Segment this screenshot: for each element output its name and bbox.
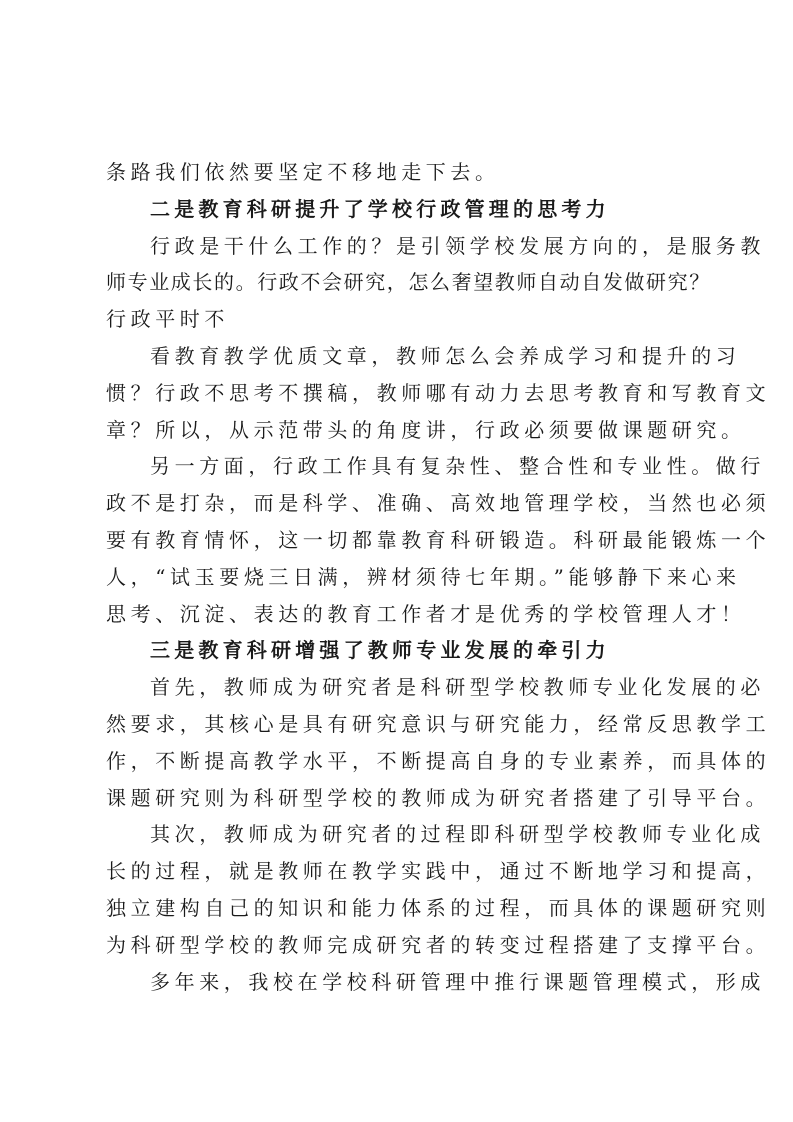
text-line: 师专业成长的。行政不会研究，怎么奢望教师自动自发做研究？	[106, 264, 690, 301]
text-line: 为科研型学校的教师完成研究者的转变过程搭建了支撑平台。	[106, 927, 690, 964]
text-line: 要有教育情怀，这一切都靠教育科研锻造。科研最能锻炼一个	[106, 522, 690, 559]
text-line: 独立建构自己的知识和能力体系的过程，而具体的课题研究则	[106, 890, 690, 927]
text-line: 条路我们依然要坚定不移地走下去。	[106, 154, 690, 191]
text-line: 看教育教学优质文章，教师怎么会养成学习和提升的习	[106, 338, 690, 375]
text-line: 人，“试玉要烧三日满，辨材须待七年期。”能够静下来心来	[106, 559, 690, 596]
text-line: 行政平时不	[106, 301, 690, 338]
text-line: 然要求，其核心是具有研究意识与研究能力，经常反思教学工	[106, 706, 690, 743]
text-line: 章？所以，从示范带头的角度讲，行政必须要做课题研究。	[106, 412, 690, 449]
section-heading-3: 三是教育科研增强了教师专业发展的牵引力	[106, 632, 690, 669]
document-page: 条路我们依然要坚定不移地走下去。 二是教育科研提升了学校行政管理的思考力 行政是…	[106, 154, 690, 1000]
text-line: 政不是打杂，而是科学、准确、高效地管理学校，当然也必须	[106, 485, 690, 522]
text-line: 思考、沉淀、表达的教育工作者才是优秀的学校管理人才！	[106, 596, 690, 633]
text-line: 其次，教师成为研究者的过程即科研型学校教师专业化成	[106, 816, 690, 853]
text-line: 作，不断提高教学水平，不断提高自身的专业素养，而具体的	[106, 743, 690, 780]
text-line: 另一方面，行政工作具有复杂性、整合性和专业性。做行	[106, 448, 690, 485]
section-heading-2: 二是教育科研提升了学校行政管理的思考力	[106, 191, 690, 228]
text-line: 课题研究则为科研型学校的教师成为研究者搭建了引导平台。	[106, 780, 690, 817]
text-line: 首先，教师成为研究者是科研型学校教师专业化发展的必	[106, 669, 690, 706]
text-line: 行政是干什么工作的？是引领学校发展方向的，是服务教	[106, 228, 690, 265]
text-line: 多年来，我校在学校科研管理中推行课题管理模式，形成	[106, 964, 690, 1001]
text-line: 惯？行政不思考不撰稿，教师哪有动力去思考教育和写教育文	[106, 375, 690, 412]
text-line: 长的过程，就是教师在教学实践中，通过不断地学习和提高，	[106, 853, 690, 890]
